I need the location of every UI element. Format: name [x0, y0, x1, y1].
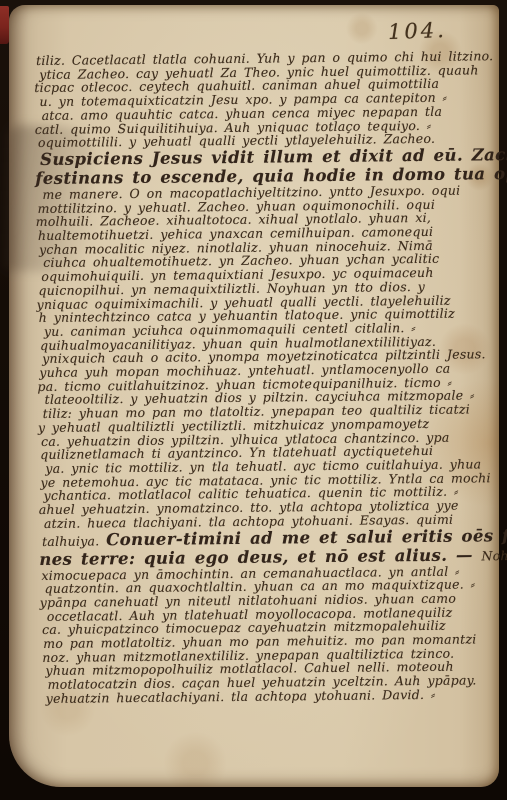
folio-number: 104.: [388, 18, 448, 44]
manuscript-line: yehuatzin huecatlachiyani. tla achtopa y…: [46, 687, 499, 705]
shadow-stain: [3, 125, 94, 274]
text-block: tiliz. Cacetlacatl tlatla cohuani. Yuh y…: [36, 49, 499, 705]
red-bookmark-ribbon: [0, 6, 9, 44]
text-segment: talhuiya.: [42, 533, 106, 549]
text-segment: Nohuicpa: [481, 547, 507, 563]
manuscript-photo: 104. tiliz. Cacetlacatl tlatla cohuani. …: [0, 0, 507, 800]
text-segment: yehuatzin huecatlachiyani. tla achtopa y…: [46, 687, 436, 706]
manuscript-page: 104. tiliz. Cacetlacatl tlatla cohuani. …: [9, 5, 499, 787]
